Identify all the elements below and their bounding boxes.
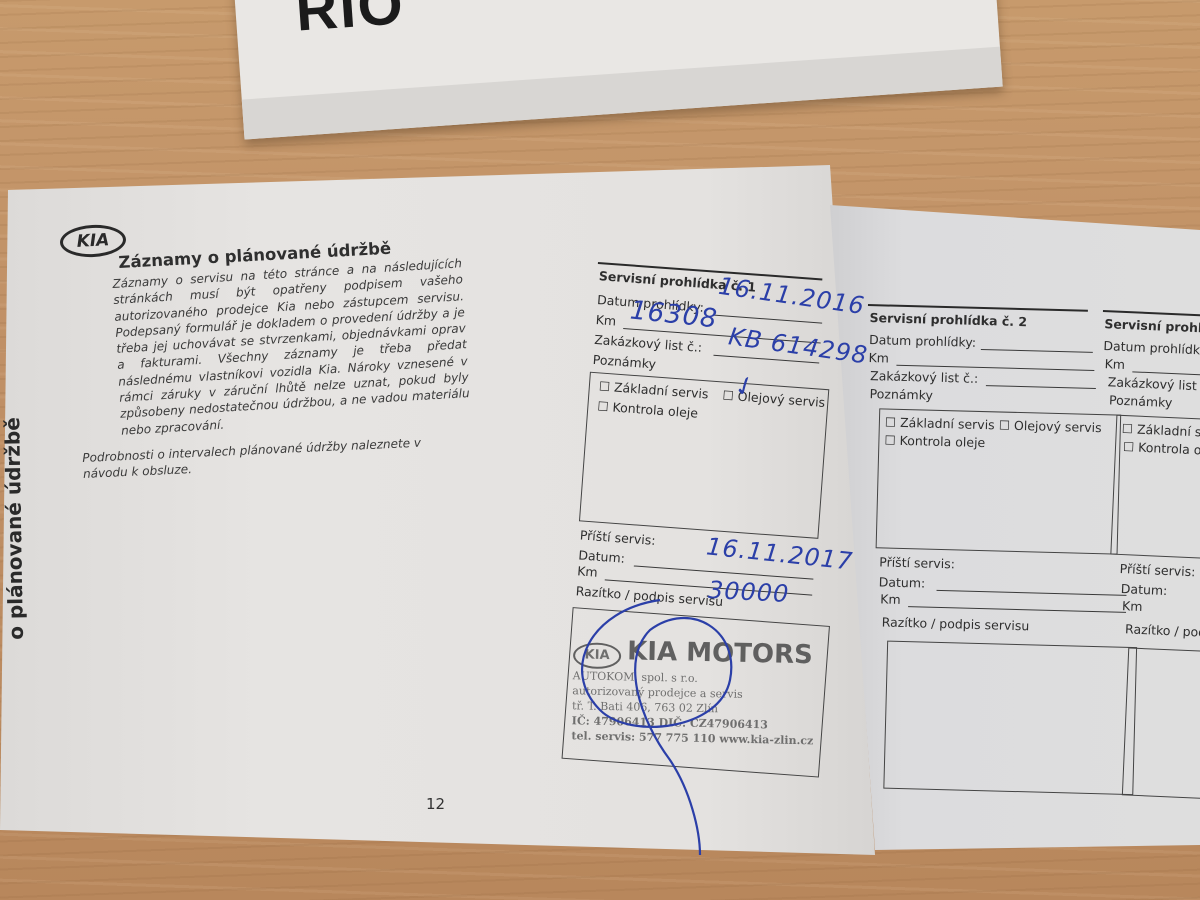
- box-label: RIO: [293, 0, 407, 45]
- next-km-label: Km: [880, 591, 901, 607]
- intro-text: Záznamy o servisu na této stránce a na n…: [112, 255, 471, 438]
- km-label: Km: [1104, 356, 1125, 372]
- km-label: Km: [595, 312, 616, 328]
- next-service-label: Příští servis:: [879, 554, 955, 571]
- basic-service-checkbox[interactable]: ☐ Základní servis: [885, 414, 995, 432]
- page-number: 12: [426, 795, 445, 813]
- stamp-box: [883, 641, 1137, 795]
- notes-label: Poznámky: [869, 386, 933, 403]
- next-date-label: Datum:: [1121, 581, 1168, 598]
- next-km-label: Km: [577, 563, 598, 579]
- signature: [560, 590, 760, 860]
- order-label: Zakázkový list č.:: [870, 368, 978, 386]
- next-km-label: Km: [1122, 598, 1143, 614]
- next-date-label: Datum:: [879, 574, 926, 590]
- oil-check-checkbox[interactable]: ☐ Kontrola oleje: [884, 432, 985, 450]
- side-tab-label: o plánované údržbě: [0, 417, 28, 640]
- km-label: Km: [868, 350, 889, 366]
- stamp-box: [1122, 647, 1200, 800]
- oil-service-checkbox[interactable]: ☐ Olejový servis: [999, 417, 1102, 435]
- date-label: Datum prohlídky:: [869, 332, 976, 350]
- notes-label: Poznámky: [1109, 392, 1173, 410]
